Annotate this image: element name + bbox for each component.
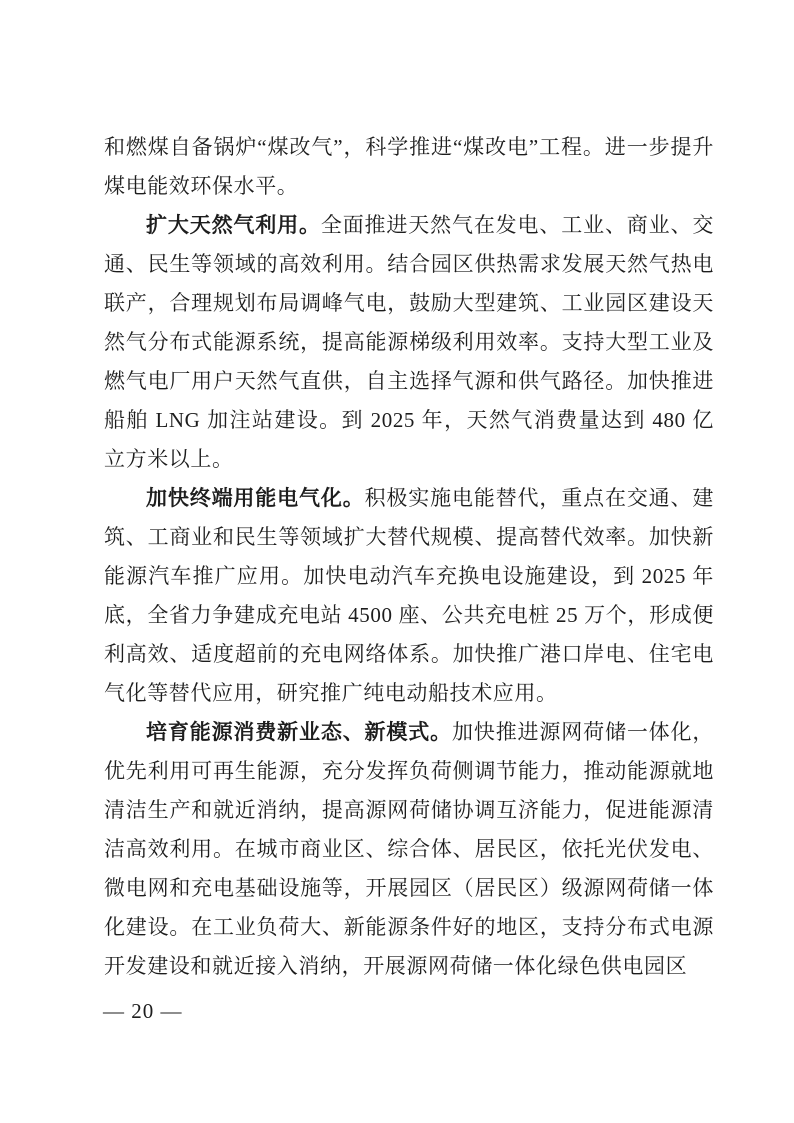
document-body: 和燃煤自备锅炉“煤改气”，科学推进“煤改电”工程。进一步提升煤电能效环保水平。 … [104,128,714,986]
paragraph-text: 和燃煤自备锅炉“煤改气”，科学推进“煤改电”工程。进一步提升煤电能效环保水平。 [104,135,714,198]
paragraph-heading: 培育能源消费新业态、新模式。 [146,720,452,744]
paragraph-text: 全面推进天然气在发电、工业、商业、交通、民生等领域的高效利用。结合园区供热需求发… [104,213,714,471]
paragraph-continuation: 和燃煤自备锅炉“煤改气”，科学推进“煤改电”工程。进一步提升煤电能效环保水平。 [104,128,714,206]
document-page: 和燃煤自备锅炉“煤改气”，科学推进“煤改电”工程。进一步提升煤电能效环保水平。 … [0,0,794,1123]
paragraph-text: 积极实施电能替代，重点在交通、建筑、工商业和民生等领域扩大替代规模、提高替代效率… [104,486,714,705]
paragraph-heading: 扩大天然气利用。 [146,213,321,237]
paragraph-electrification: 加快终端用能电气化。积极实施电能替代，重点在交通、建筑、工商业和民生等领域扩大替… [104,479,714,713]
paragraph-gas-utilization: 扩大天然气利用。全面推进天然气在发电、工业、商业、交通、民生等领域的高效利用。结… [104,206,714,479]
paragraph-heading: 加快终端用能电气化。 [146,486,365,510]
paragraph-text: 加快推进源网荷储一体化，优先利用可再生能源，充分发挥负荷侧调节能力，推动能源就地… [104,720,714,978]
paragraph-new-consumption-models: 培育能源消费新业态、新模式。加快推进源网荷储一体化，优先利用可再生能源，充分发挥… [104,713,714,986]
page-number-footer: — 20 — [103,996,183,1026]
